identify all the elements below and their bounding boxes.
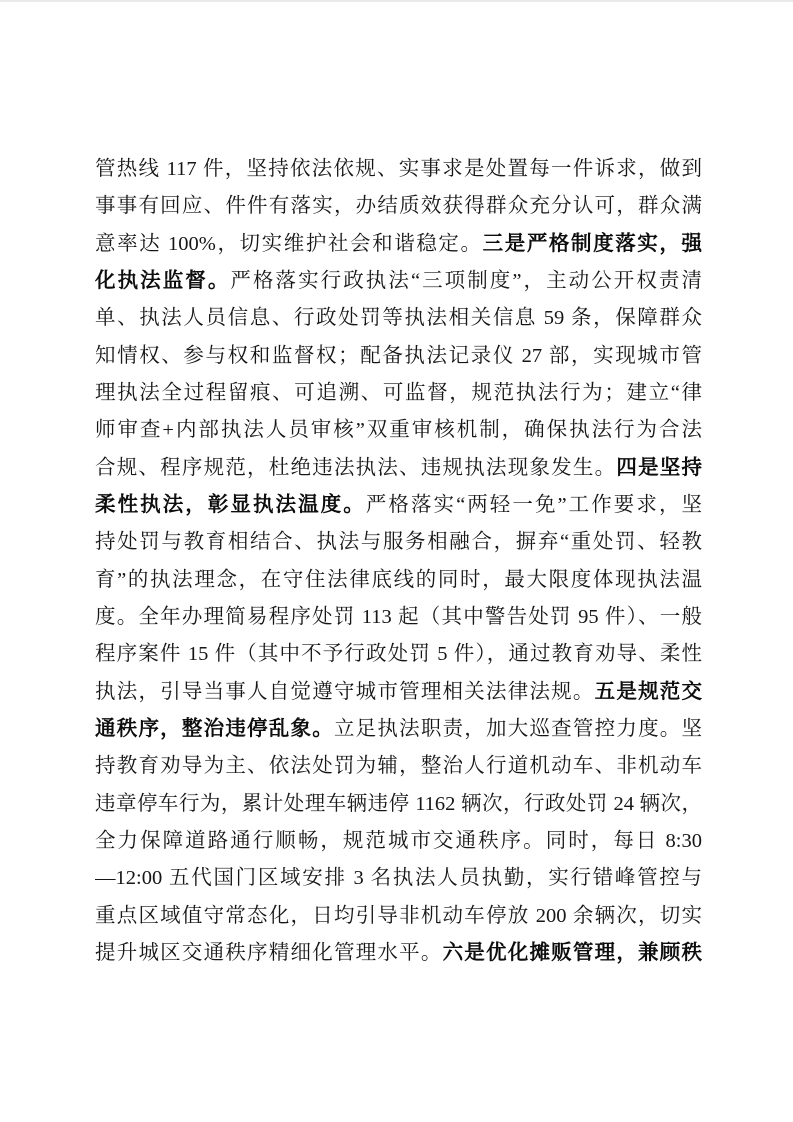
text-line-22: 提升城区交通秩序精细化管理水平。六是优化摊贩管理，兼顾秩 bbox=[95, 935, 702, 972]
body-text-segment: 理执法全过程留痕、可追溯、可监督，规范执法行为；建立“律 bbox=[95, 382, 702, 404]
body-text-segment: 违章停车行为，累计处理车辆违停 1162 辆次，行政处罚 24 辆次， bbox=[95, 793, 702, 815]
text-line-9: 合规、程序规范，杜绝违法执法、违规执法现象发生。四是坚持 bbox=[95, 450, 702, 487]
bold-emphasis-segment: 三是严格制度落实，强 bbox=[483, 233, 702, 255]
text-line-14: 程序案件 15 件（其中不予行政处罚 5 件），通过教育劝导、柔性 bbox=[95, 636, 702, 673]
body-text-segment: 事事有回应、件件有落实，办结质效获得群众充分认可，群众满 bbox=[95, 195, 702, 217]
body-text-segment: 合规、程序规范，杜绝违法执法、违规执法现象发生。 bbox=[95, 457, 616, 479]
text-line-16: 通秩序，整治违停乱象。立足执法职责，加大巡查管控力度。坚 bbox=[95, 711, 702, 748]
body-text-segment: 管热线 117 件，坚持依法依规、实事求是处置每一件诉求，做到 bbox=[95, 158, 702, 180]
text-line-13: 度。全年办理简易程序处罚 113 起（其中警告处罚 95 件）、一般 bbox=[95, 599, 702, 636]
body-text-segment: —12:00 五代国门区域安排 3 名执法人员执勤，实行错峰管控与 bbox=[95, 867, 702, 889]
body-text-segment: 育”的执法理念，在守住法律底线的同时，最大限度体现执法温 bbox=[95, 569, 702, 591]
body-text-segment: 度。全年办理简易程序处罚 113 起（其中警告处罚 95 件）、一般 bbox=[95, 606, 702, 628]
body-text-segment: 全力保障道路通行顺畅，规范城市交通秩序。同时，每日 8:30 bbox=[95, 830, 702, 852]
bold-emphasis-segment: 柔性执法，彰显执法温度。 bbox=[95, 494, 366, 516]
text-line-7: 理执法全过程留痕、可追溯、可监督，规范执法行为；建立“律 bbox=[95, 375, 702, 412]
text-line-21: 重点区域值守常态化，日均引导非机动车停放 200 余辆次，切实 bbox=[95, 898, 702, 935]
text-line-18: 违章停车行为，累计处理车辆违停 1162 辆次，行政处罚 24 辆次， bbox=[95, 786, 702, 823]
document-page: 管热线 117 件，坚持依法依规、实事求是处置每一件诉求，做到事事有回应、件件有… bbox=[0, 0, 793, 1122]
body-text-segment: 持处罚与教育相结合、执法与服务相融合，摒弃“重处罚、轻教 bbox=[95, 531, 702, 553]
bold-emphasis-segment: 四是坚持 bbox=[616, 457, 702, 479]
body-text-segment: 执法，引导当事人自觉遵守城市管理相关法律法规。 bbox=[95, 681, 595, 703]
text-line-1: 管热线 117 件，坚持依法依规、实事求是处置每一件诉求，做到 bbox=[95, 151, 702, 188]
bold-emphasis-segment: 六是优化摊贩管理，兼顾秩 bbox=[443, 942, 702, 964]
text-line-3: 意率达 100%，切实维护社会和谐稳定。三是严格制度落实，强 bbox=[95, 226, 702, 263]
bold-emphasis-segment: 化执法监督。 bbox=[95, 270, 230, 292]
text-line-5: 单、执法人员信息、行政处罚等执法相关信息 59 条，保障群众 bbox=[95, 300, 702, 337]
body-text-segment: 知情权、参与权和监督权；配备执法记录仪 27 部，实现城市管 bbox=[95, 345, 702, 367]
body-text-segment: 意率达 100%，切实维护社会和谐稳定。 bbox=[95, 233, 483, 255]
text-line-17: 持教育劝导为主、依法处罚为辅，整治人行道机动车、非机动车 bbox=[95, 748, 702, 785]
text-line-8: 师审查+内部执法人员审核”双重审核机制，确保执法行为合法 bbox=[95, 412, 702, 449]
text-line-11: 持处罚与教育相结合、执法与服务相融合，摒弃“重处罚、轻教 bbox=[95, 524, 702, 561]
bold-emphasis-segment: 通秩序，整治违停乱象。 bbox=[95, 718, 334, 740]
body-text-segment: 立足执法职责，加大巡查管控力度。坚 bbox=[334, 718, 702, 740]
body-text-segment: 提升城区交通秩序精细化管理水平。 bbox=[95, 942, 443, 964]
body-text-segment: 严格落实“两轻一免”工作要求，坚 bbox=[366, 494, 702, 516]
text-line-20: —12:00 五代国门区域安排 3 名执法人员执勤，实行错峰管控与 bbox=[95, 860, 702, 897]
text-line-12: 育”的执法理念，在守住法律底线的同时，最大限度体现执法温 bbox=[95, 562, 702, 599]
bold-emphasis-segment: 五是规范交 bbox=[595, 681, 702, 703]
text-line-6: 知情权、参与权和监督权；配备执法记录仪 27 部，实现城市管 bbox=[95, 338, 702, 375]
body-text-segment: 师审查+内部执法人员审核”双重审核机制，确保执法行为合法 bbox=[95, 419, 702, 441]
text-line-19: 全力保障道路通行顺畅，规范城市交通秩序。同时，每日 8:30 bbox=[95, 823, 702, 860]
body-text-segment: 严格落实行政执法“三项制度”，主动公开权责清 bbox=[230, 270, 702, 292]
text-line-4: 化执法监督。严格落实行政执法“三项制度”，主动公开权责清 bbox=[95, 263, 702, 300]
body-text-segment: 持教育劝导为主、依法处罚为辅，整治人行道机动车、非机动车 bbox=[95, 755, 702, 777]
body-text-segment: 重点区域值守常态化，日均引导非机动车停放 200 余辆次，切实 bbox=[95, 905, 702, 927]
text-line-10: 柔性执法，彰显执法温度。严格落实“两轻一免”工作要求，坚 bbox=[95, 487, 702, 524]
body-text-segment: 单、执法人员信息、行政处罚等执法相关信息 59 条，保障群众 bbox=[95, 307, 702, 329]
text-line-2: 事事有回应、件件有落实，办结质效获得群众充分认可，群众满 bbox=[95, 188, 702, 225]
text-line-15: 执法，引导当事人自觉遵守城市管理相关法律法规。五是规范交 bbox=[95, 674, 702, 711]
document-text-block: 管热线 117 件，坚持依法依规、实事求是处置每一件诉求，做到事事有回应、件件有… bbox=[95, 151, 702, 972]
body-text-segment: 程序案件 15 件（其中不予行政处罚 5 件），通过教育劝导、柔性 bbox=[95, 643, 702, 665]
